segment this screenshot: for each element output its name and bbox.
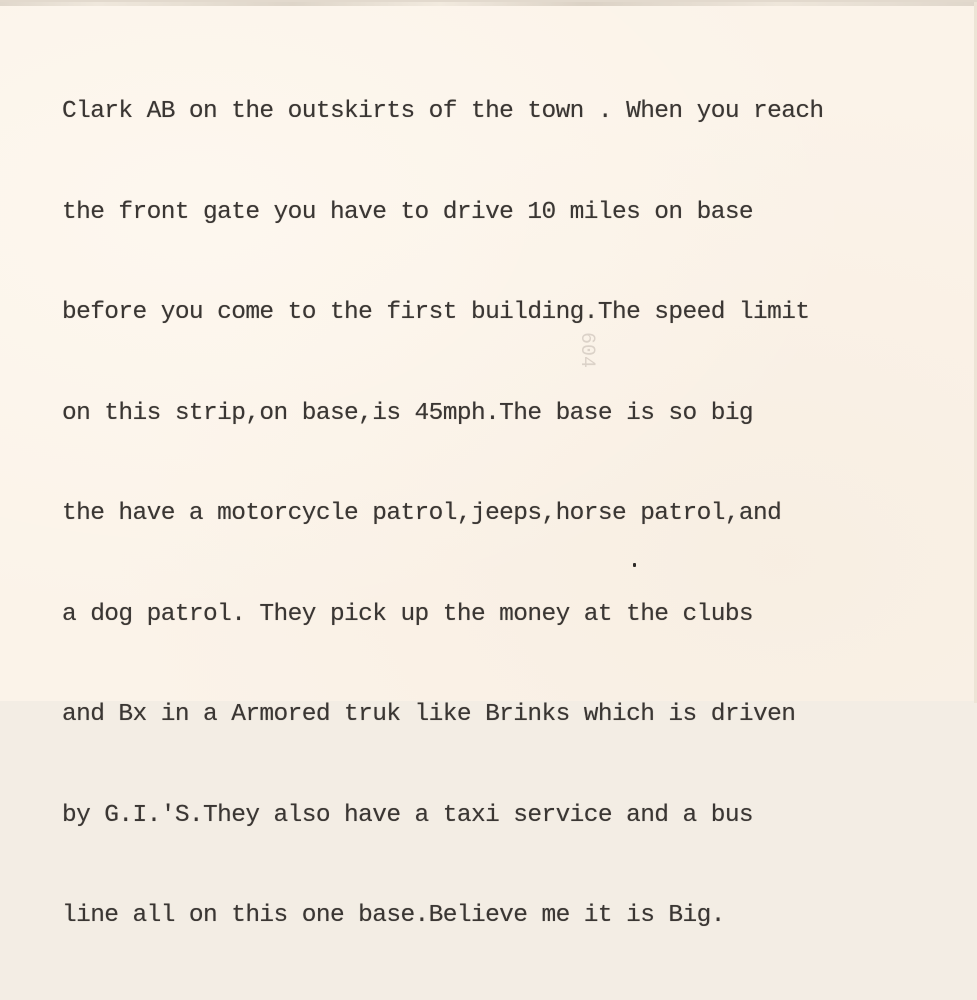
top-edge-wear (0, 2, 977, 6)
message-line-6: a dog patrol. They pick up the money at … (62, 598, 824, 632)
faint-show-through-mark: 604 (518, 332, 598, 372)
postcard-back: Clark AB on the outskirts of the town . … (0, 0, 977, 701)
message-line-5: the have a motorcycle patrol,jeeps,horse… (62, 497, 824, 531)
typed-message: Clark AB on the outskirts of the town . … (62, 28, 824, 701)
ink-speck (633, 563, 636, 567)
message-line-1: Clark AB on the outskirts of the town . … (62, 95, 824, 129)
message-line-2: the front gate you have to drive 10 mile… (62, 196, 824, 230)
message-line-4: on this strip,on base,is 45mph.The base … (62, 397, 824, 431)
message-line-3: before you come to the first building.Th… (62, 296, 824, 330)
